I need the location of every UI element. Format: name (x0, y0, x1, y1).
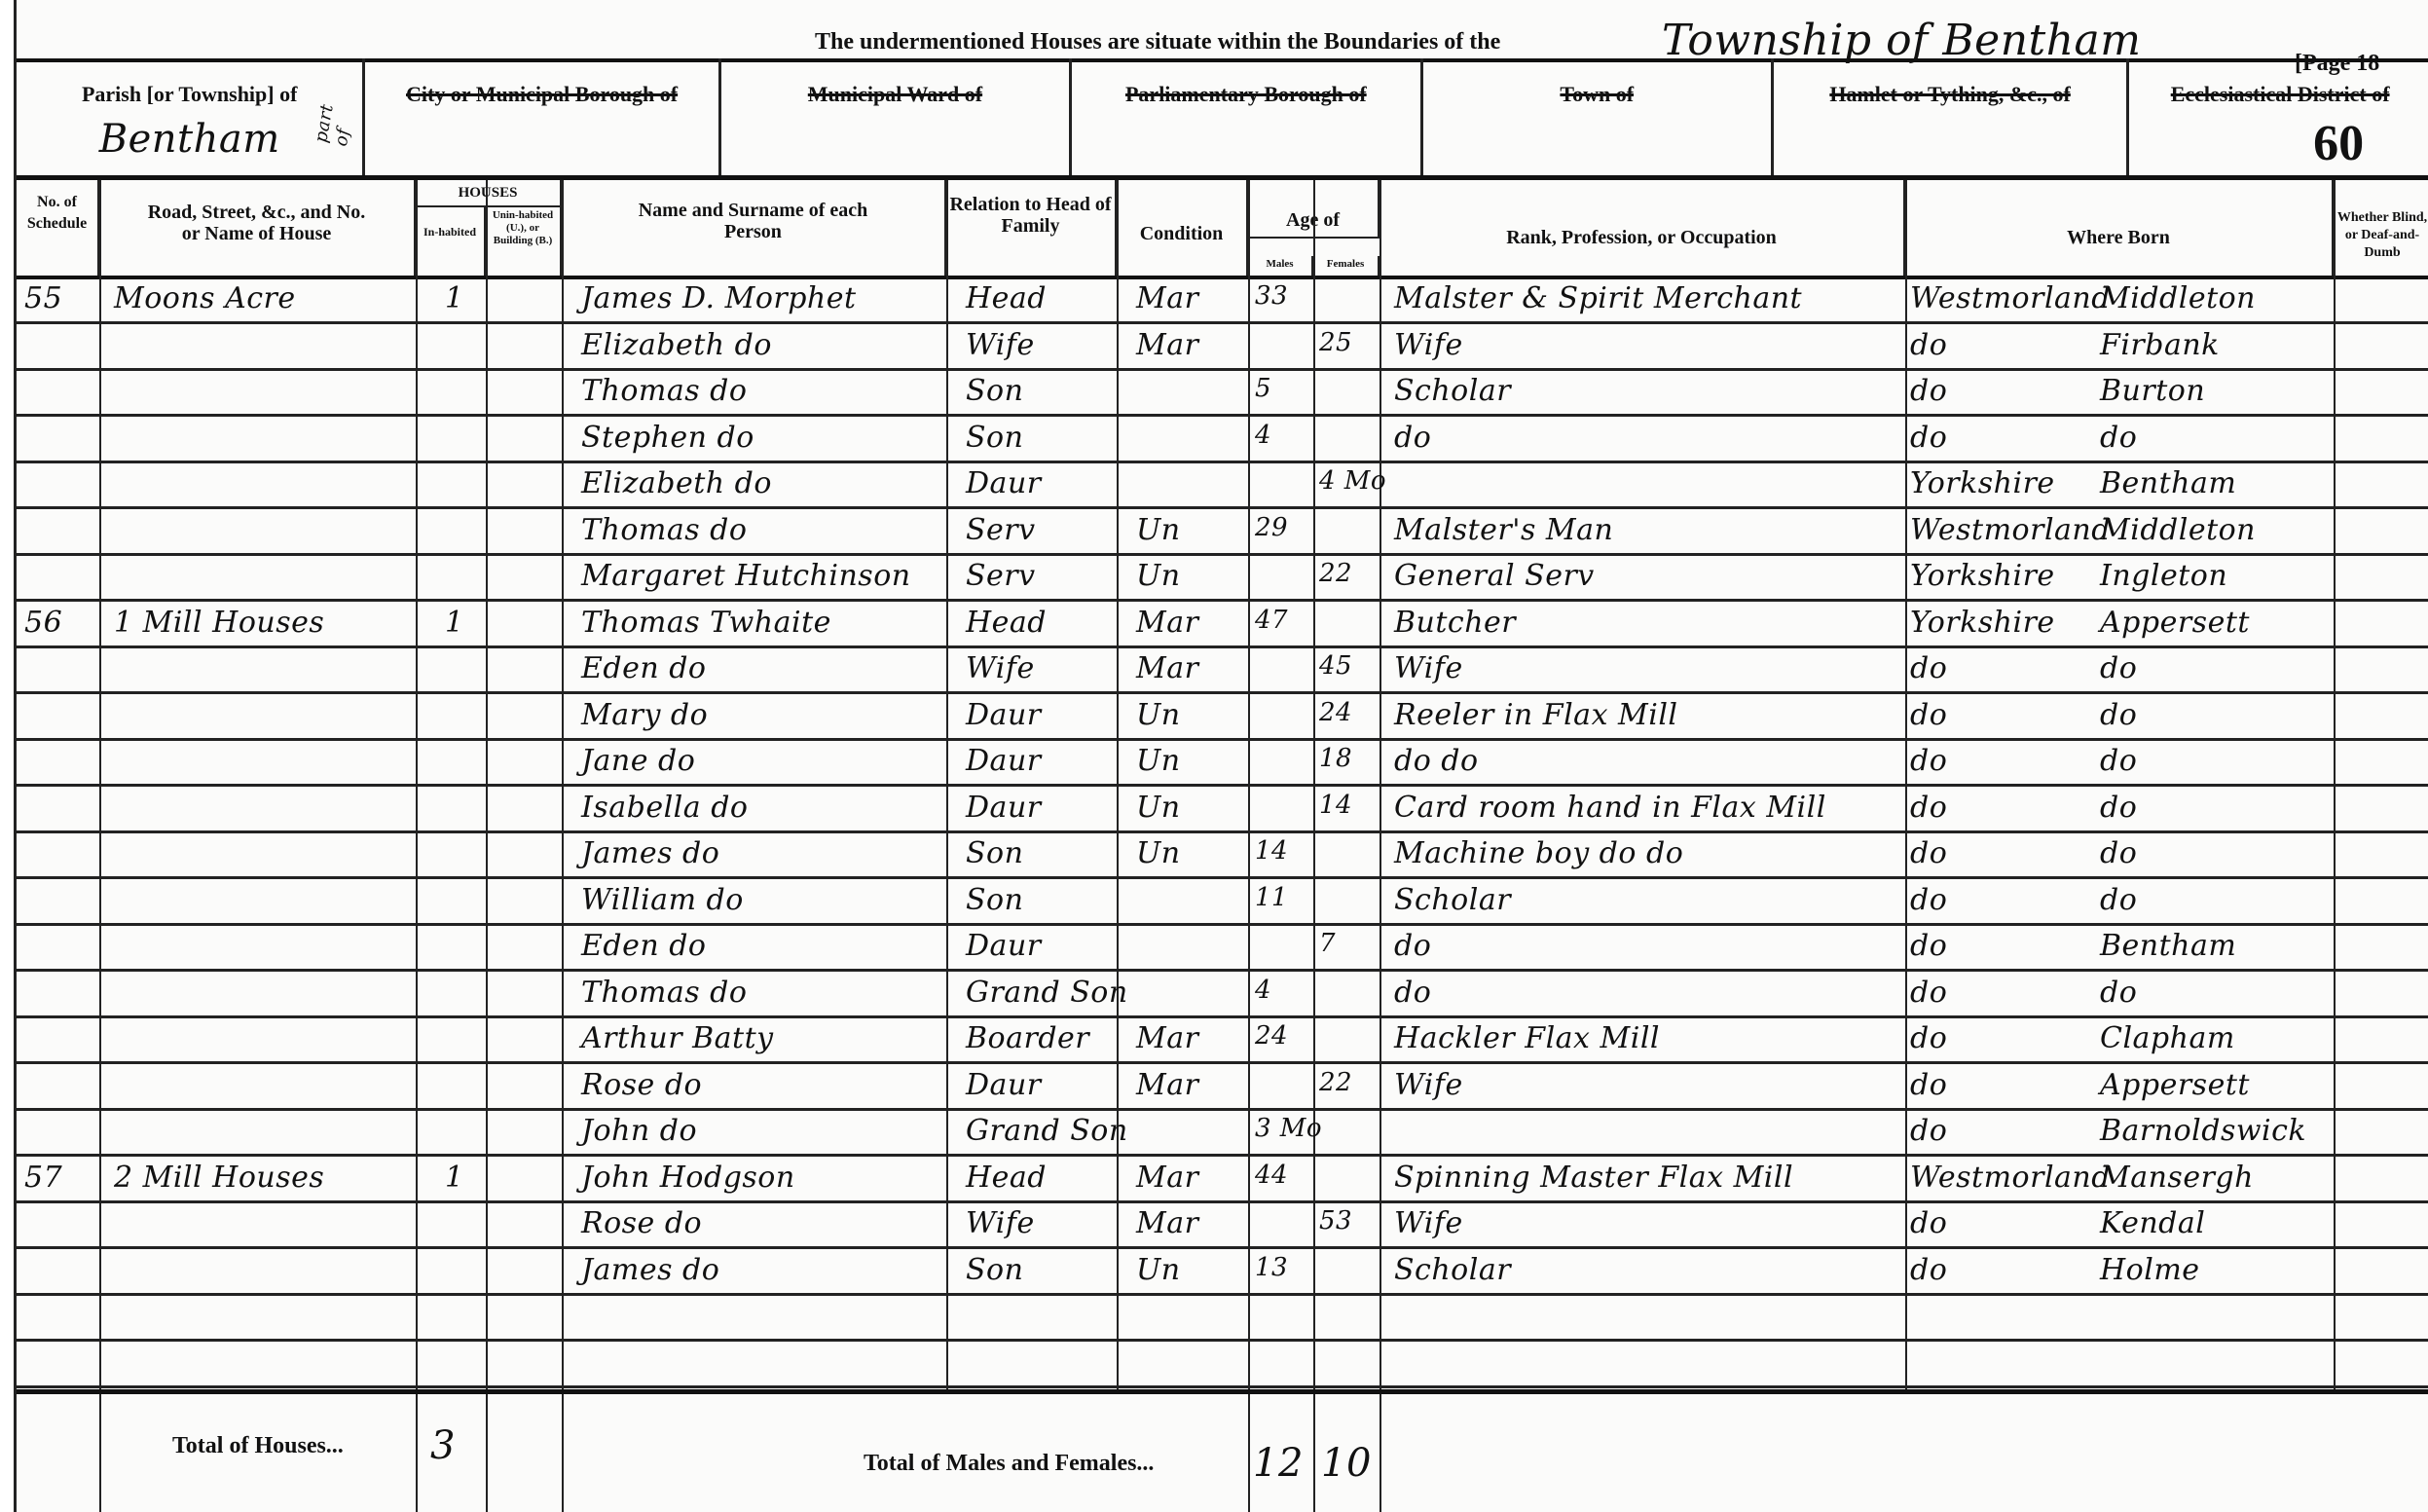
table-row: Rose doDaurMar22WifedoAppersett (17, 1062, 2428, 1111)
schedule-cell: 55 (24, 281, 62, 315)
condition-cell: Mar (1136, 1021, 1198, 1055)
col-inhabited: In-habited (416, 207, 486, 276)
born-place-cell: Firbank (2100, 328, 2220, 362)
relation-cell: Grand Son (966, 1114, 1128, 1148)
born-place-cell: Barnoldswick (2100, 1114, 2306, 1148)
born-county-cell: do (1910, 883, 1947, 917)
born-place-cell: Burton (2100, 374, 2205, 408)
occupation-cell: Card room hand in Flax Mill (1394, 791, 1826, 825)
name-cell: James do (581, 836, 719, 870)
born-county-cell: Westmorland (1910, 1161, 2111, 1195)
born-county-cell: do (1910, 1068, 1947, 1102)
district-hamlet: Hamlet or Tything, &c., of (1774, 58, 2129, 175)
col-condition: Condition (1117, 180, 1248, 276)
name-cell: Eden do (581, 651, 706, 685)
born-county-cell: do (1910, 651, 1947, 685)
district-parish: Parish [or Township] of Bentham part of (17, 58, 365, 175)
relation-cell: Grand Son (966, 976, 1128, 1010)
inhabited-cell: 1 (445, 1161, 464, 1195)
table-row: Stephen doSon4dododo (17, 415, 2428, 463)
born-place-cell: do (2100, 421, 2137, 455)
born-county-cell: Yorkshire (1910, 559, 2055, 593)
name-cell: Thomas do (581, 976, 747, 1010)
born-county-cell: do (1910, 744, 1947, 778)
banner-text: The undermentioned Houses are situate wi… (815, 29, 1500, 55)
table-row: Thomas doGrand Son4dododo (17, 970, 2428, 1018)
female-age-cell: 25 (1319, 328, 1352, 357)
born-county-cell: do (1910, 1021, 1947, 1055)
born-place-cell: Appersett (2100, 606, 2250, 640)
occupation-cell: do (1394, 929, 1431, 963)
district-label: Parish [or Township] of (17, 82, 362, 107)
male-age-cell: 24 (1255, 1021, 1288, 1051)
born-place-cell: Bentham (2100, 929, 2236, 963)
table-row: Eden doDaur7dodoBentham (17, 923, 2428, 972)
table-row: Elizabeth doWifeMar25WifedoFirbank (17, 322, 2428, 371)
relation-cell: Son (966, 883, 1023, 917)
name-cell: Elizabeth do (581, 328, 772, 362)
col-name: Name and Surname of each Person (562, 180, 946, 276)
female-age-cell: 45 (1319, 651, 1352, 681)
born-place-cell: Middleton (2100, 281, 2256, 315)
name-cell: Rose do (581, 1206, 702, 1240)
relation-cell: Serv (966, 559, 1036, 593)
inhabited-cell: 1 (445, 606, 464, 640)
relation-cell: Son (966, 421, 1023, 455)
col-born: Where Born (1905, 180, 2334, 276)
relation-cell: Wife (966, 328, 1035, 362)
female-age-cell: 22 (1319, 1068, 1352, 1097)
table-row: Mary doDaurUn24Reeler in Flax Milldodo (17, 692, 2428, 741)
name-cell: Isabella do (581, 791, 748, 825)
occupation-cell: General Serv (1394, 559, 1595, 593)
born-county-cell: do (1910, 1206, 1947, 1240)
total-females-value: 10 (1321, 1441, 1372, 1486)
born-place-cell: Mansergh (2100, 1161, 2254, 1195)
table-row: Margaret HutchinsonServUn22General ServY… (17, 553, 2428, 602)
occupation-cell: Reeler in Flax Mill (1394, 698, 1678, 732)
name-cell: James D. Morphet (581, 281, 857, 315)
table-row: James doSonUn13ScholardoHolme (17, 1247, 2428, 1296)
condition-cell: Mar (1136, 651, 1198, 685)
table-row: Thomas doServUn29Malster's ManWestmorlan… (17, 507, 2428, 556)
relation-cell: Wife (966, 651, 1035, 685)
occupation-cell: Malster & Spirit Merchant (1394, 281, 1802, 315)
name-cell: Jane do (581, 744, 695, 778)
name-cell: John Hodgson (581, 1161, 795, 1195)
table-row: 55Moons Acre1James D. MorphetHeadMar33Ma… (17, 276, 2428, 324)
occupation-cell: Wife (1394, 328, 1463, 362)
born-county-cell: do (1910, 791, 1947, 825)
born-place-cell: do (2100, 976, 2137, 1010)
occupation-cell: Scholar (1394, 374, 1511, 408)
condition-cell: Un (1136, 791, 1181, 825)
born-county-cell: do (1910, 421, 1947, 455)
name-cell: Elizabeth do (581, 466, 772, 500)
col-relation: Relation to Head of Family (946, 180, 1117, 276)
district-parliamentary: Parliamentary Borough of (1072, 58, 1422, 175)
born-county-cell: do (1910, 976, 1947, 1010)
name-cell: Arthur Batty (581, 1021, 774, 1055)
born-county-cell: do (1910, 328, 1947, 362)
district-header: Parish [or Township] of Bentham part of … (17, 58, 2428, 180)
table-row: William doSon11Scholardodo (17, 877, 2428, 926)
relation-cell: Daur (966, 744, 1042, 778)
relation-cell: Son (966, 1253, 1023, 1287)
relation-cell: Head (966, 606, 1047, 640)
table-row: Rose doWifeMar53WifedoKendal (17, 1200, 2428, 1249)
male-age-cell: 29 (1255, 513, 1288, 542)
occupation-cell: Spinning Master Flax Mill (1394, 1161, 1793, 1195)
schedule-cell: 57 (24, 1161, 62, 1195)
road-cell: Moons Acre (114, 281, 296, 315)
col-road: Road, Street, &c., and No. or Name of Ho… (99, 180, 416, 276)
born-place-cell: Bentham (2100, 466, 2236, 500)
table-row (17, 1340, 2428, 1388)
condition-cell: Un (1136, 744, 1181, 778)
col-blind: Whether Blind, or Deaf-and-Dumb (2334, 180, 2428, 276)
census-page: The undermentioned Houses are situate wi… (14, 0, 2428, 1512)
table-row: Arthur BattyBoarderMar24Hackler Flax Mil… (17, 1015, 2428, 1064)
born-county-cell: Yorkshire (1910, 606, 2055, 640)
female-age-cell: 4 Mo (1319, 466, 1386, 496)
district-label: Parliamentary Borough of (1072, 82, 1419, 107)
col-schedule: No. of Schedule (17, 180, 99, 276)
totals-row: Total of Houses... 3 Total of Males and … (17, 1389, 2428, 1512)
col-uninhabited: Unin-habited (U.), or Building (B.) (486, 207, 562, 276)
condition-cell: Un (1136, 698, 1181, 732)
female-age-cell: 14 (1319, 791, 1352, 820)
born-place-cell: Appersett (2100, 1068, 2250, 1102)
born-county-cell: Westmorland (1910, 281, 2111, 315)
born-place-cell: do (2100, 791, 2137, 825)
name-cell: Thomas Twhaite (581, 606, 831, 640)
male-age-cell: 4 (1255, 976, 1271, 1005)
born-place-cell: Ingleton (2100, 559, 2227, 593)
district-label: Municipal Ward of (721, 82, 1069, 107)
relation-cell: Son (966, 836, 1023, 870)
condition-cell: Un (1136, 836, 1181, 870)
occupation-cell: do do (1394, 744, 1479, 778)
page-banner: The undermentioned Houses are situate wi… (17, 0, 2428, 62)
district-number: 60 (2246, 115, 2428, 172)
born-place-cell: do (2100, 698, 2137, 732)
born-place-cell: do (2100, 883, 2137, 917)
table-row: 572 Mill Houses1John HodgsonHeadMar44Spi… (17, 1155, 2428, 1203)
district-label: City or Municipal Borough of (365, 82, 717, 107)
column-header: No. of Schedule Road, Street, &c., and N… (17, 180, 2428, 279)
male-age-cell: 5 (1255, 374, 1271, 403)
born-place-cell: Clapham (2100, 1021, 2235, 1055)
relation-cell: Daur (966, 466, 1042, 500)
male-age-cell: 44 (1255, 1161, 1288, 1190)
occupation-cell: do (1394, 976, 1431, 1010)
male-age-cell: 11 (1255, 883, 1288, 912)
name-cell: John do (581, 1114, 697, 1148)
road-cell: 1 Mill Houses (114, 606, 324, 640)
occupation-cell: Hackler Flax Mill (1394, 1021, 1660, 1055)
table-row: Elizabeth doDaur4 MoYorkshireBentham (17, 461, 2428, 509)
born-place-cell: do (2100, 651, 2137, 685)
male-age-cell: 14 (1255, 836, 1288, 866)
relation-cell: Wife (966, 1206, 1035, 1240)
occupation-cell: Machine boy do do (1394, 836, 1683, 870)
col-houses: HOUSES (416, 180, 562, 207)
relation-cell: Daur (966, 929, 1042, 963)
male-age-cell: 4 (1255, 421, 1271, 450)
female-age-cell: 7 (1319, 929, 1336, 958)
female-age-cell: 18 (1319, 744, 1352, 773)
name-cell: Thomas do (581, 513, 747, 547)
name-cell: James do (581, 1253, 719, 1287)
inhabited-cell: 1 (445, 281, 464, 315)
condition-cell: Mar (1136, 1068, 1198, 1102)
born-place-cell: Holme (2100, 1253, 2200, 1287)
born-place-cell: Kendal (2100, 1206, 2205, 1240)
condition-cell: Un (1136, 1253, 1181, 1287)
occupation-cell: Wife (1394, 1068, 1463, 1102)
born-county-cell: do (1910, 374, 1947, 408)
condition-cell: Un (1136, 513, 1181, 547)
relation-cell: Head (966, 1161, 1047, 1195)
male-age-cell: 13 (1255, 1253, 1288, 1282)
table-row: Isabella doDaurUn14Card room hand in Fla… (17, 785, 2428, 833)
born-county-cell: do (1910, 1253, 1947, 1287)
occupation-cell: Malster's Man (1394, 513, 1613, 547)
col-males: Males (1248, 256, 1313, 276)
table-row (17, 1293, 2428, 1342)
name-cell: Mary do (581, 698, 708, 732)
district-label: Hamlet or Tything, &c., of (1774, 82, 2126, 107)
district-ecclesiastical: Ecclesiastical District of 60 (2129, 58, 2428, 175)
born-county-cell: do (1910, 1114, 1947, 1148)
schedule-cell: 56 (24, 606, 62, 640)
born-county-cell: Yorkshire (1910, 466, 2055, 500)
total-houses-label: Total of Houses... (172, 1433, 344, 1459)
born-place-cell: do (2100, 836, 2137, 870)
occupation-cell: Butcher (1394, 606, 1516, 640)
relation-cell: Daur (966, 791, 1042, 825)
occupation-cell: Wife (1394, 1206, 1463, 1240)
district-label: Ecclesiastical District of (2129, 82, 2428, 107)
relation-cell: Daur (966, 1068, 1042, 1102)
name-cell: Stephen do (581, 421, 754, 455)
male-age-cell: 47 (1255, 606, 1288, 635)
female-age-cell: 24 (1319, 698, 1352, 727)
district-town: Town of (1423, 58, 1774, 175)
born-place-cell: do (2100, 744, 2137, 778)
name-cell: Eden do (581, 929, 706, 963)
relation-cell: Daur (966, 698, 1042, 732)
born-county-cell: Westmorland (1910, 513, 2111, 547)
name-cell: Margaret Hutchinson (581, 559, 911, 593)
occupation-cell: Scholar (1394, 883, 1511, 917)
occupation-cell: do (1394, 421, 1431, 455)
born-place-cell: Middleton (2100, 513, 2256, 547)
relation-cell: Son (966, 374, 1023, 408)
total-males-value: 12 (1253, 1441, 1304, 1486)
table-row: Eden doWifeMar45Wifedodo (17, 645, 2428, 694)
condition-cell: Mar (1136, 1206, 1198, 1240)
born-county-cell: do (1910, 836, 1947, 870)
male-age-cell: 33 (1255, 281, 1288, 311)
condition-cell: Un (1136, 559, 1181, 593)
table-row: John doGrand Son3 ModoBarnoldswick (17, 1108, 2428, 1157)
female-age-cell: 53 (1319, 1206, 1352, 1235)
occupation-cell: Scholar (1394, 1253, 1511, 1287)
district-borough: City or Municipal Borough of (365, 58, 720, 175)
occupation-cell: Wife (1394, 651, 1463, 685)
condition-cell: Mar (1136, 1161, 1198, 1195)
born-county-cell: do (1910, 698, 1947, 732)
born-county-cell: do (1910, 929, 1947, 963)
district-label: Town of (1423, 82, 1771, 107)
name-cell: Rose do (581, 1068, 702, 1102)
col-females: Females (1313, 256, 1380, 276)
col-occupation: Rank, Profession, or Occupation (1380, 180, 1905, 276)
table-row: 561 Mill Houses1Thomas TwhaiteHeadMar47B… (17, 600, 2428, 648)
female-age-cell: 22 (1319, 559, 1352, 588)
name-cell: William do (581, 883, 744, 917)
condition-cell: Mar (1136, 606, 1198, 640)
condition-cell: Mar (1136, 281, 1198, 315)
table-row: James doSonUn14Machine boy do dododo (17, 830, 2428, 879)
district-ward: Municipal Ward of (721, 58, 1072, 175)
table-row: Jane doDaurUn18do dododo (17, 738, 2428, 787)
total-houses-value: 3 (430, 1423, 456, 1468)
male-age-cell: 3 Mo (1255, 1114, 1322, 1143)
relation-cell: Serv (966, 513, 1036, 547)
relation-cell: Head (966, 281, 1047, 315)
road-cell: 2 Mill Houses (114, 1161, 324, 1195)
name-cell: Thomas do (581, 374, 747, 408)
relation-cell: Boarder (966, 1021, 1089, 1055)
total-persons-label: Total of Males and Females... (864, 1451, 1154, 1477)
condition-cell: Mar (1136, 328, 1198, 362)
table-row: Thomas doSon5ScholardoBurton (17, 368, 2428, 417)
